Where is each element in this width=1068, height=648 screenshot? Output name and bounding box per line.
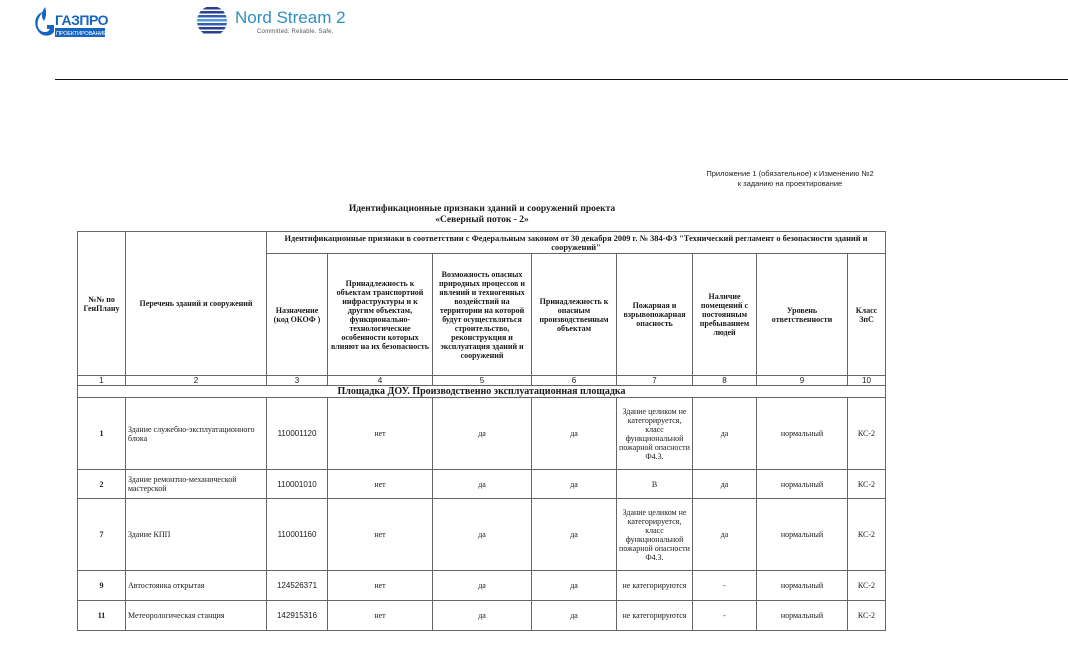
cell-name: Метеорологическая станция: [126, 601, 267, 631]
table-row: 1 Здание служебно-эксплуатационного блок…: [78, 398, 886, 470]
cell-no: 7: [78, 499, 126, 571]
col-header-people: Наличие помещений с постоянным пребывани…: [693, 254, 757, 376]
cell-class: КС-2: [848, 601, 886, 631]
svg-text:ПРОЕКТИРОВАНИЕ: ПРОЕКТИРОВАНИЕ: [56, 31, 107, 37]
cell-okof: 110001010: [267, 470, 328, 499]
cell-fire: не категорируются: [617, 571, 693, 601]
annex-line-2: к заданию на проектирование: [660, 179, 920, 189]
cell-level: нормальный: [757, 470, 848, 499]
col-header-responsibility: Уровень ответственности: [757, 254, 848, 376]
svg-text:ГАЗПРОМ: ГАЗПРОМ: [55, 12, 108, 28]
title-line-2: «Северный поток - 2»: [300, 215, 664, 226]
cell-no: 11: [78, 601, 126, 631]
cell-dangerous-obj: да: [532, 398, 617, 470]
col-header-transport: Принадлежность к объектам транспортной и…: [328, 254, 433, 376]
cell-name: Здание КПП: [126, 499, 267, 571]
header-divider: [55, 79, 1068, 80]
cell-name: Автостоянка открытая: [126, 571, 267, 601]
cell-hazards: да: [433, 571, 532, 601]
col-header-genplan-no: №№ по ГенПлану: [78, 232, 126, 376]
cell-level: нормальный: [757, 398, 848, 470]
cell-dangerous-obj: да: [532, 571, 617, 601]
cell-no: 9: [78, 571, 126, 601]
title-line-1: Идентификационные признаки зданий и соор…: [300, 204, 664, 215]
cell-dangerous-obj: да: [532, 470, 617, 499]
nord-stream-globe-icon: [195, 5, 231, 37]
nord-stream-tagline: Committed. Reliable. Safe.: [257, 29, 334, 35]
col-number: 10: [848, 376, 886, 386]
cell-people: да: [693, 398, 757, 470]
col-number: 4: [328, 376, 433, 386]
cell-level: нормальный: [757, 601, 848, 631]
group-header-identification: Идентификационные признаки в соответстви…: [267, 232, 886, 254]
cell-okof: 142915316: [267, 601, 328, 631]
nord-stream-name: Nord Stream 2: [235, 8, 346, 28]
cell-people: -: [693, 571, 757, 601]
cell-people: да: [693, 470, 757, 499]
cell-transport: нет: [328, 601, 433, 631]
col-number: 7: [617, 376, 693, 386]
col-number: 8: [693, 376, 757, 386]
col-number: 9: [757, 376, 848, 386]
cell-transport: нет: [328, 499, 433, 571]
table-row: 11 Метеорологическая станция 142915316 н…: [78, 601, 886, 631]
cell-transport: нет: [328, 571, 433, 601]
col-header-class: Класс ЗпС: [848, 254, 886, 376]
gazprom-flame-icon: ГАЗПРОМ ПРОЕКТИРОВАНИЕ: [32, 4, 108, 40]
cell-hazards: да: [433, 499, 532, 571]
cell-dangerous-obj: да: [532, 499, 617, 571]
cell-dangerous-obj: да: [532, 601, 617, 631]
col-number: 5: [433, 376, 532, 386]
col-number: 6: [532, 376, 617, 386]
cell-fire: Здание целиком не категорируется, класс …: [617, 398, 693, 470]
cell-okof: 110001120: [267, 398, 328, 470]
col-header-fire-hazard: Пожарная и взрывопожарная опасность: [617, 254, 693, 376]
section-header: Площадка ДОУ. Производственно эксплуатац…: [78, 386, 886, 398]
col-number: 1: [78, 376, 126, 386]
document-title: Идентификационные признаки зданий и соор…: [300, 204, 664, 226]
column-number-row: 1 2 3 4 5 6 7 8 9 10: [78, 376, 886, 386]
cell-hazards: да: [433, 470, 532, 499]
col-header-dangerous-objects: Принадлежность к опасным производственны…: [532, 254, 617, 376]
cell-no: 2: [78, 470, 126, 499]
nord-stream-logo: Nord Stream 2 Committed. Reliable. Safe.: [195, 5, 355, 41]
cell-name: Здание служебно-эксплуатационного блока: [126, 398, 267, 470]
annex-line-1: Приложение 1 (обязательное) к Изменению …: [660, 169, 920, 179]
cell-hazards: да: [433, 398, 532, 470]
table-row: 7 Здание КПП 110001160 нет да да Здание …: [78, 499, 886, 571]
cell-okof: 110001160: [267, 499, 328, 571]
table-row: 2 Здание ремонтно-механической мастерско…: [78, 470, 886, 499]
col-header-building-list: Перечень зданий и сооружений: [126, 232, 267, 376]
identification-table: №№ по ГенПлану Перечень зданий и сооруже…: [77, 231, 886, 631]
cell-level: нормальный: [757, 571, 848, 601]
col-header-okof: Назначение (код ОКОФ ): [267, 254, 328, 376]
cell-name: Здание ремонтно-механической мастерской: [126, 470, 267, 499]
cell-fire: В: [617, 470, 693, 499]
cell-okof: 124526371: [267, 571, 328, 601]
cell-fire: Здание целиком не категорируется, класс …: [617, 499, 693, 571]
cell-hazards: да: [433, 601, 532, 631]
col-header-hazards: Возможность опасных природных процессов …: [433, 254, 532, 376]
table-row: 9 Автостоянка открытая 124526371 нет да …: [78, 571, 886, 601]
cell-transport: нет: [328, 398, 433, 470]
cell-people: да: [693, 499, 757, 571]
cell-class: КС-2: [848, 398, 886, 470]
col-number: 3: [267, 376, 328, 386]
cell-people: -: [693, 601, 757, 631]
cell-class: КС-2: [848, 499, 886, 571]
cell-no: 1: [78, 398, 126, 470]
cell-class: КС-2: [848, 571, 886, 601]
cell-transport: нет: [328, 470, 433, 499]
cell-fire: не категорируются: [617, 601, 693, 631]
gazprom-logo: ГАЗПРОМ ПРОЕКТИРОВАНИЕ: [32, 4, 108, 40]
annex-note: Приложение 1 (обязательное) к Изменению …: [660, 169, 920, 189]
cell-level: нормальный: [757, 499, 848, 571]
cell-class: КС-2: [848, 470, 886, 499]
col-number: 2: [126, 376, 267, 386]
